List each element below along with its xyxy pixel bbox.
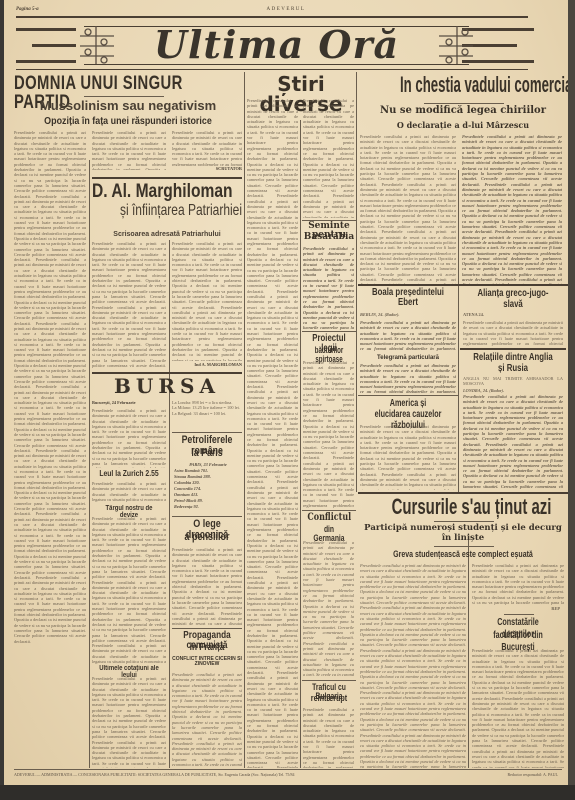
masthead-bottom-rule — [16, 69, 528, 70]
headline-marghiloman: D. Al. Marghiloman — [92, 182, 242, 201]
article-text: Presedintele consiliului a primit azi di… — [92, 241, 166, 369]
headline-ebert: Boala președintelui Ebert — [369, 288, 447, 308]
bottom-rule — [14, 769, 562, 770]
column-divider — [244, 72, 245, 768]
signature-scrutator: SCRUTATOR — [172, 166, 242, 174]
divider — [302, 331, 356, 332]
article-text: Presedintele consiliului a primit azi di… — [360, 134, 456, 284]
article-text: Presedintele consiliului a primit azi di… — [303, 98, 354, 218]
scan-edge — [568, 0, 575, 800]
article-text: Presedintele consiliului a primit azi di… — [172, 672, 242, 768]
section-rule — [460, 348, 566, 350]
article-text: Presedintele consiliului a primit azi di… — [303, 246, 354, 330]
divider — [302, 510, 356, 511]
column-divider — [169, 240, 170, 768]
article-text: Presedintele consiliului a primit azi di… — [172, 241, 242, 361]
ebert-dateline: BERLIN, 24. (Rador). — [360, 312, 456, 320]
quote-belgrad: La Belgrad: 33 dinari = 100 lei. — [172, 411, 242, 416]
newspaper-name: ADEVERUL — [16, 7, 556, 12]
article-text: Presedintele consiliului a primit azi di… — [360, 424, 456, 490]
headline2-lege: a pensiilor — [178, 532, 235, 543]
section-rule — [92, 177, 242, 179]
divider — [302, 680, 356, 681]
bursa-dateline: București, 24 Februarie — [92, 400, 166, 408]
article-text: Presedintele consiliului a primit azi di… — [172, 547, 242, 627]
divider — [172, 516, 242, 517]
subhead-marghiloman: Scrisoarea adresată Patriarhului — [92, 231, 242, 238]
headline-zurich: Leul la Zurich 2.55 — [98, 470, 161, 478]
headline-anglia: Relațiile dintre Anglia și Rusia — [472, 352, 555, 374]
headline2-propaganda: în Franța — [178, 643, 235, 653]
subhead-domnia: Mussolinism sau negativism — [14, 99, 242, 112]
scan-edge — [0, 785, 575, 800]
alianta-dateline: ATENA 24. — [463, 312, 563, 320]
article-text: Presedintele consiliului a primit azi di… — [92, 676, 166, 768]
column-divider — [300, 120, 301, 768]
quote: Redevența 92. — [174, 504, 242, 510]
bursa-quotes: La Londra: 898 lei = o lira sterlina. La… — [172, 400, 242, 430]
headline-bursa: BURSA — [92, 376, 242, 396]
ornament-dash — [16, 60, 76, 63]
divider — [434, 521, 494, 522]
column-divider — [89, 160, 90, 768]
divider — [434, 546, 494, 547]
headline2-basarabia: Basarabia — [302, 233, 356, 242]
headline2-traficul: reintrerupt — [307, 694, 350, 703]
signature-marghiloman: Ind A. MARGHILOMAN — [172, 362, 242, 370]
headline2-marghiloman: și înființarea Patriarhiei — [92, 203, 242, 219]
ornament-dash — [32, 44, 76, 47]
column-divider — [356, 72, 357, 492]
section-title: Ultima Oră — [116, 22, 437, 67]
headline-vad: In chestia vadului comercial — [400, 74, 526, 96]
top-rule — [16, 16, 528, 18]
ornament-dash — [16, 28, 76, 31]
article-text: Presedintele consiliului a primit azi di… — [360, 363, 456, 393]
article-text: Presedintele consiliului a primit azi di… — [472, 648, 564, 768]
headline-alianta: Alianța greco-jugo-slavă — [472, 288, 555, 310]
section-rule — [358, 284, 568, 286]
masthead: Ultima Oră — [74, 22, 479, 67]
article-text: Presedintele consiliului a primit azi di… — [14, 130, 86, 768]
article-text: Presedintele consiliului a primit azi di… — [92, 408, 166, 468]
article-text: Presedintele consiliului a primit azi di… — [92, 481, 166, 503]
divider — [172, 628, 242, 629]
newspaper-page: Pagina 5-a ADEVERUL Ultima Oră DOMNIA UN… — [4, 0, 568, 785]
subhead2-domnia: Opoziția în fața unei răspunderi istoric… — [31, 116, 225, 127]
article-text: Presedintele consiliului a primit azi di… — [463, 394, 563, 490]
article-text: Presedintele consiliului a primit azi di… — [360, 563, 466, 768]
article-text: Presedintele consiliului a primit azi di… — [92, 130, 166, 170]
article-text: Presedintele consiliului a primit azi di… — [472, 563, 564, 605]
article-text: Presedintele consiliului a primit azi di… — [462, 134, 562, 284]
footer-editor: Redactor responsabil: A. PAUL — [507, 772, 558, 777]
divider — [172, 432, 242, 433]
article-text: Presedintele consiliului a primit azi di… — [360, 320, 456, 352]
divider — [504, 614, 534, 615]
subhead-ebert: Telegramă particulară — [358, 355, 458, 361]
subhead2-cursurile: Greva studențească este complect eșuată — [381, 550, 545, 559]
bell-ornament-icon — [435, 24, 475, 66]
petrolifere-quotes: PARIS, 23 Februarie Astra Română 701. St… — [174, 462, 242, 514]
headline-cursurile: Cursurile s'au ținut azi — [392, 496, 535, 518]
divider — [84, 96, 164, 97]
article-text: Presedintele consiliului a primit azi di… — [247, 98, 298, 768]
subhead2-vad: O declarație a d-lui Mârzescu — [358, 121, 568, 129]
article-text: Presedintele consiliului a primit azi di… — [92, 516, 166, 664]
headline2-petrolifere: la Paris — [179, 448, 235, 459]
article-text: Presedintele consiliului a primit azi di… — [303, 360, 354, 508]
column-divider — [458, 170, 459, 492]
article-text: Presedintele consiliului a primit azi di… — [303, 707, 354, 768]
footer-imprint: ADEVERUL — ADMINISTRATIA — CONCESIONARA … — [14, 772, 295, 777]
bell-ornament-icon — [78, 24, 118, 66]
signature-rep: REP — [472, 606, 560, 612]
quote-milano: La Milano: 13.25 lire italiene = 100 lei… — [172, 405, 242, 410]
article-text: Presedintele consiliului a primit azi di… — [172, 130, 242, 166]
headline-conflictul: Conflictul — [307, 513, 350, 523]
subhead-vad: Nu se modifică legea chiriilor — [358, 106, 568, 116]
article-text: Presedintele consiliului a primit azi di… — [463, 320, 563, 346]
subhead-propaganda: CONFLICT INTRE CICERIN SI ZINOVIEW — [172, 657, 242, 667]
divider — [358, 395, 458, 396]
divider — [424, 103, 504, 104]
anglia-sub: ANGLIA NU MAI TRIMITE AMBASADOR LA MOSCO… — [463, 376, 563, 388]
subhead-cursurile: Participă numeroși studenți și ele decur… — [364, 524, 562, 544]
column-divider — [468, 540, 469, 768]
article-text: Presedintele consiliului a primit azi di… — [303, 540, 354, 678]
